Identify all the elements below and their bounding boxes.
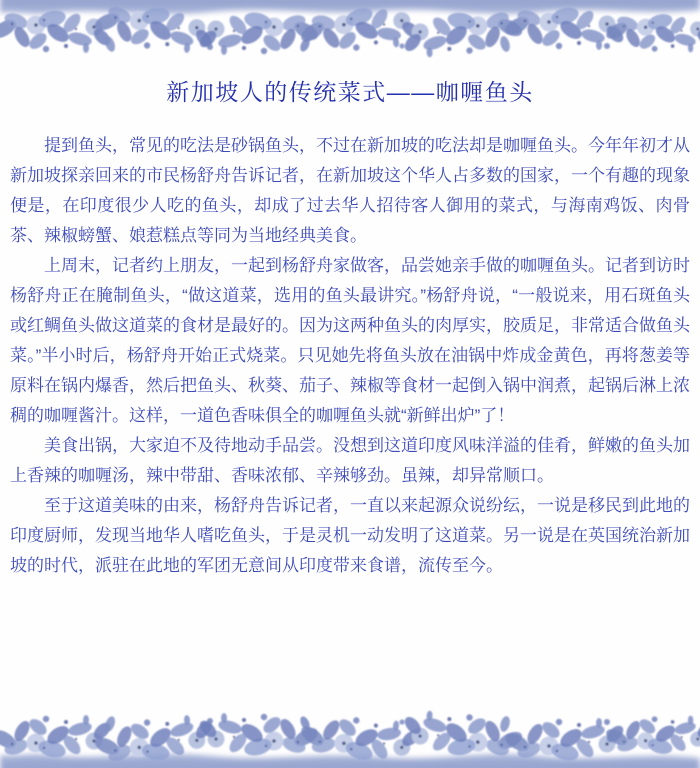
- article-paragraph-4: 至于这道美味的由来，杨舒舟告诉记者，一直以来起源众说纷纭，一说是移民到此地的印度…: [10, 491, 690, 581]
- article-content: 新加坡人的传统菜式——咖喱鱼头 提到鱼头，常见的吃法是砂锅鱼头，不过在新加坡的吃…: [0, 58, 700, 710]
- article-title: 新加坡人的传统菜式——咖喱鱼头: [0, 74, 700, 107]
- floral-border-bottom: [0, 710, 700, 768]
- article-body: 提到鱼头，常见的吃法是砂锅鱼头，不过在新加坡的吃法却是咖喱鱼头。今年年初才从新加…: [0, 131, 700, 581]
- floral-border-top: [0, 0, 700, 58]
- article-paragraph-3: 美食出锅，大家迫不及待地动手品尝。没想到这道印度风味洋溢的佳肴，鲜嫩的鱼头加上香…: [10, 431, 690, 491]
- article-page: 新加坡人的传统菜式——咖喱鱼头 提到鱼头，常见的吃法是砂锅鱼头，不过在新加坡的吃…: [0, 0, 700, 768]
- article-paragraph-2: 上周末，记者约上朋友，一起到杨舒舟家做客，品尝她亲手做的咖喱鱼头。记者到访时杨舒…: [10, 251, 690, 431]
- floral-garland-graphic: [0, 0, 700, 58]
- floral-garland-graphic: [0, 710, 700, 768]
- article-paragraph-1: 提到鱼头，常见的吃法是砂锅鱼头，不过在新加坡的吃法却是咖喱鱼头。今年年初才从新加…: [10, 131, 690, 251]
